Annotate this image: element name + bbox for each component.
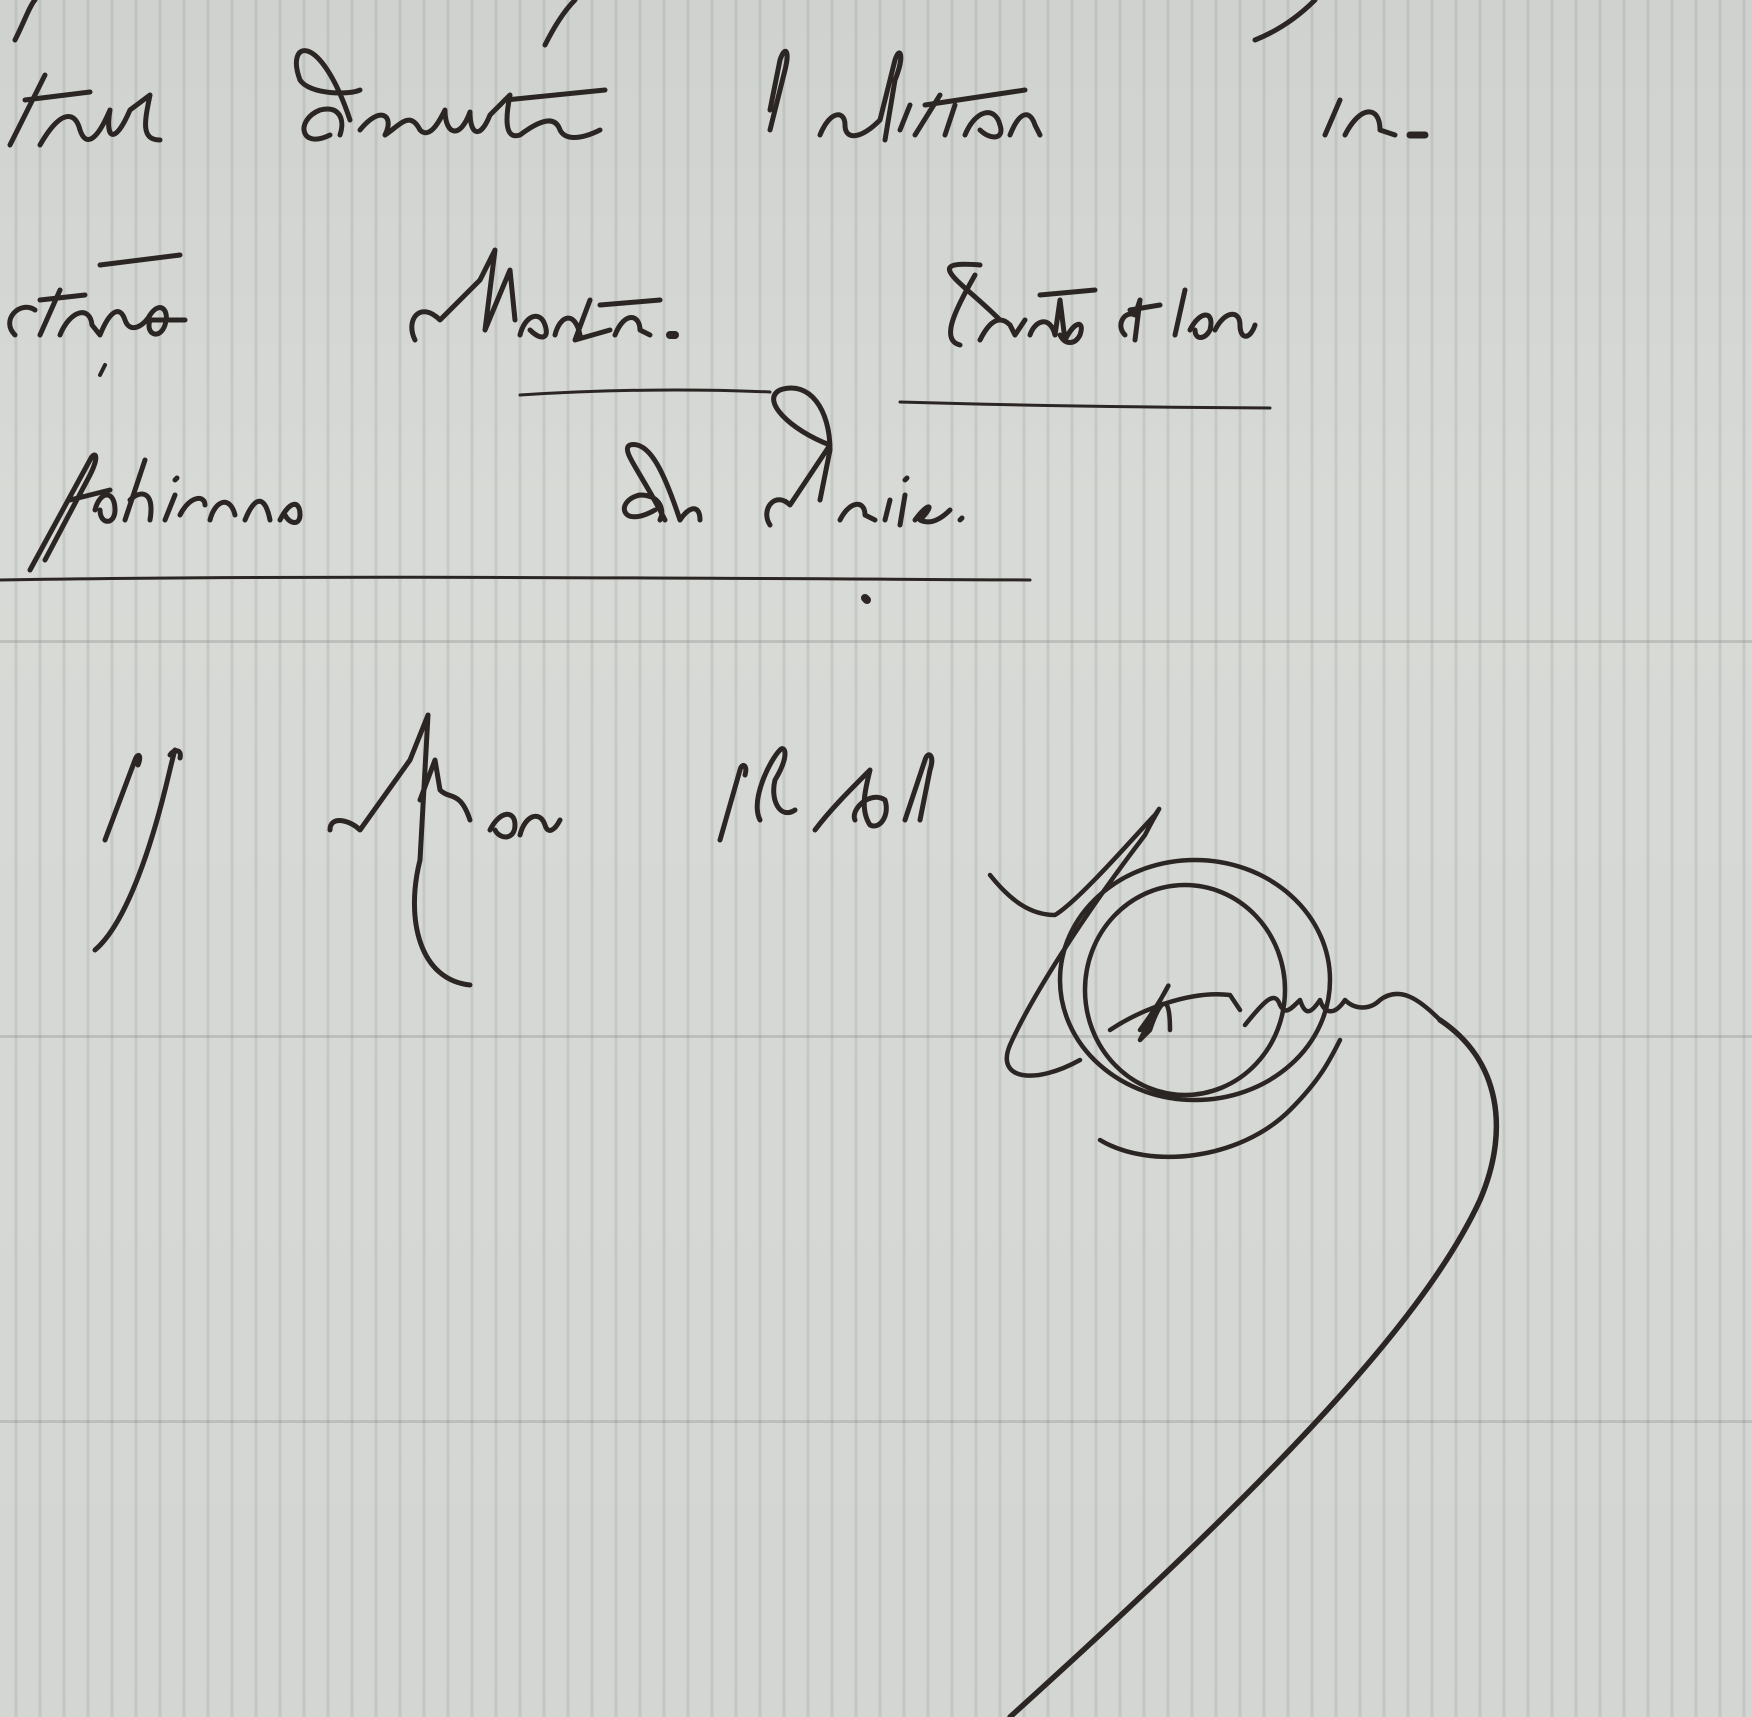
letter-page: tout desuite l'édition in- ctavo, Monte-… (0, 0, 1752, 1717)
ink-stroke (545, 0, 575, 45)
signature-ink (990, 809, 1496, 1717)
line-2-ink (10, 250, 1270, 408)
ink-stroke (15, 0, 35, 40)
date-ink (95, 715, 932, 985)
line-3-ink (0, 388, 1030, 600)
ink-stroke (1255, 0, 1315, 40)
line-1-ink (10, 51, 1425, 145)
handwriting-ink (0, 0, 1752, 1717)
